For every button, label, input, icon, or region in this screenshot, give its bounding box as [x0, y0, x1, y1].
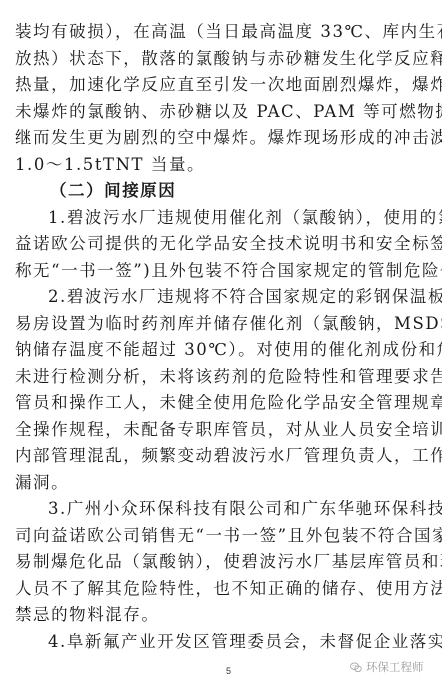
- text-line: 全操作规程，未配备专职库管员，对从业人员安全培训不到位，: [15, 417, 420, 444]
- list-item-4: 4.阜新氟产业开发区管理委员会，未督促企业落实安全生产: [15, 629, 420, 656]
- text-line: 4.阜新氟产业开发区管理委员会，未督促企业落实安全生产: [15, 629, 420, 656]
- text-line: 管员和操作工人，未健全使用危险化学品安全管理规章制度和安: [15, 390, 420, 417]
- text-line: 未进行检测分析，未将该药剂的危险特性和管理要求告知基层库: [15, 364, 420, 391]
- text-line: 称无“一书一签”)且外包装不符合国家规定的管制危险化学品。: [15, 258, 420, 285]
- text-line: 装均有破损），在高温（当日最高温度 33℃、库内生石灰吸潮: [15, 19, 420, 46]
- text-line: 1.0～1.5tTNT 当量。: [15, 152, 420, 179]
- text-line: 放热）状态下，散落的氯酸钠与赤砂糖发生化学反应释放氧气和: [15, 46, 420, 73]
- text-line: 禁忌的物料混存。: [15, 602, 420, 629]
- list-item-2: 2.碧波污水厂违规将不符合国家规定的彩钢保温板轻体简 易房设置为临时药剂库并储存…: [15, 284, 420, 496]
- document-page: 装均有破损），在高温（当日最高温度 33℃、库内生石灰吸潮 放热）状态下，散落的…: [15, 19, 420, 655]
- wechat-icon: [350, 662, 362, 673]
- text-line: 热量，加速化学反应直至引发一次地面剧烈爆炸，爆炸力将大量: [15, 72, 420, 99]
- text-line: 益诺欧公司提供的无化学品安全技术说明书和安全标签(以下简: [15, 231, 420, 258]
- text-line: 人员不了解其危险特性，也不知正确的储存、使用方法，导致有: [15, 576, 420, 603]
- text-line: 漏洞。: [15, 470, 420, 497]
- text-line: 司向益诺欧公司销售无“一书一签”且外包装不符合国家规定的: [15, 523, 420, 550]
- text-line: 继而发生更为剧烈的空中爆炸。爆炸现场形成的冲击波相当于: [15, 125, 420, 152]
- watermark-text: 环保工程师: [366, 659, 424, 675]
- list-item-3: 3.广州小众环保科技有限公司和广东华驰环保科技有限公 司向益诺欧公司销售无“一书…: [15, 496, 420, 629]
- page-number: 5: [226, 666, 231, 676]
- text-line: 未爆炸的氯酸钠、赤砂糖以及 PAC、PAM 等可燃物抛掀至半空中: [15, 99, 420, 126]
- text-line: 2.碧波污水厂违规将不符合国家规定的彩钢保温板轻体简: [15, 284, 420, 311]
- section-heading: （二）间接原因: [15, 178, 420, 205]
- text-line: 易制爆危化品（氯酸钠），使碧波污水厂基层库管员和现场操作: [15, 549, 420, 576]
- text-line: 1.碧波污水厂违规使用催化剂（氯酸钠），使用的氯酸钠为: [15, 205, 420, 232]
- list-item-1: 1.碧波污水厂违规使用催化剂（氯酸钠），使用的氯酸钠为 益诺欧公司提供的无化学品…: [15, 205, 420, 285]
- watermark: 环保工程师: [350, 659, 424, 675]
- text-line: 内部管理混乱，频繁变动碧波污水厂管理负责人，工作衔接存在: [15, 443, 420, 470]
- text-line: 钠储存温度不能超过 30℃）。对使用的催化剂成份和危险特性: [15, 337, 420, 364]
- text-line: 易房设置为临时药剂库并储存催化剂（氯酸钠，MSDS 规定氯酸: [15, 311, 420, 338]
- text-line: 3.广州小众环保科技有限公司和广东华驰环保科技有限公: [15, 496, 420, 523]
